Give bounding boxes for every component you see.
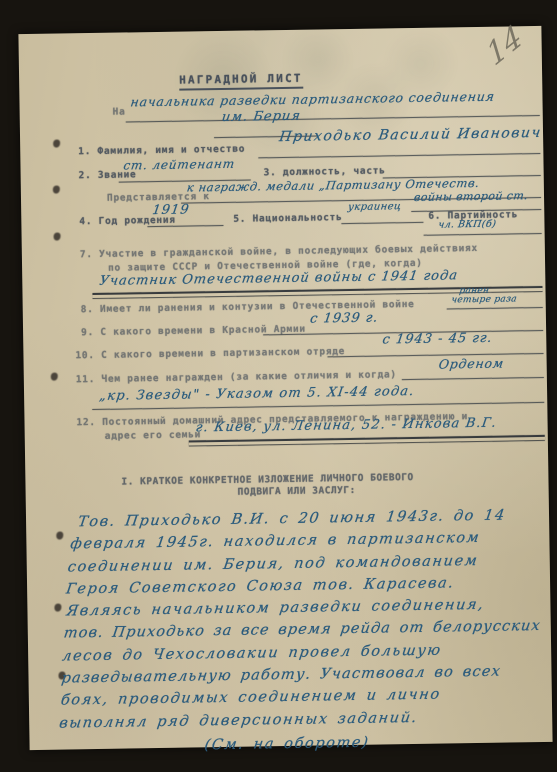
form-line: [341, 222, 423, 224]
page-number-pencil: 14: [482, 18, 528, 74]
punch-hole: [54, 233, 61, 241]
punch-hole: [53, 140, 60, 148]
presented-value-2: войны второй ст.: [413, 189, 529, 204]
punch-hole: [53, 186, 60, 194]
form-line: [447, 307, 543, 310]
field-2-value: ст. лейтенант: [123, 157, 236, 173]
header-prefix: На: [113, 106, 126, 117]
citation-text: Тов. Приходько В.И. с 20 июня 1943г. до …: [56, 504, 550, 759]
section-heading-1: I. КРАТКОЕ КОНКРЕТНОЕ ИЗЛОЖЕНИЕ ЛИЧНОГО …: [121, 472, 413, 488]
form-line: [402, 377, 544, 380]
field-9-value: с 1939 г.: [309, 311, 379, 327]
field-1-label: 1. Фамилия, имя и отчество: [78, 144, 245, 158]
form-line: [328, 353, 544, 357]
field-11-label: 11. Чем ранее награжден (за какие отличи…: [76, 369, 397, 385]
field-11-value-2: „кр. Звезды" - Указом от 5. XI-44 года.: [98, 384, 415, 404]
form-line: [92, 402, 544, 410]
form-line: [424, 233, 542, 236]
field-3-label: 3. должность, часть: [264, 165, 386, 178]
field-9-label: 9. С какого времени в Красной Армии: [81, 324, 306, 339]
form-title: НАГРАДНОЙ ЛИСТ: [179, 72, 303, 91]
form-line: [147, 225, 223, 227]
form-line: [126, 115, 540, 123]
field-5-label: 5. Национальность: [233, 212, 342, 225]
field-10-label: 10. С какого времени в партизанском отря…: [75, 346, 345, 361]
section-heading-2: ПОДВИГА ИЛИ ЗАСЛУГ:: [238, 485, 356, 498]
field-4-value: 1919: [151, 202, 190, 218]
field-6-value: чл. ВКП(б): [438, 219, 497, 231]
form-line: [258, 153, 540, 158]
position-handwritten-1: начальника разведки партизанского соедин…: [130, 89, 496, 110]
field-12-label-2: адрес его семьи: [105, 429, 201, 442]
position-handwritten-2: им. Берия: [221, 109, 302, 125]
document-photo: 14 НАГРАДНОЙ ЛИСТ На начальника разведки…: [0, 0, 557, 772]
field-10-value: с 1943 - 45 гг.: [381, 331, 493, 348]
punch-hole: [51, 373, 58, 381]
form-line: [189, 435, 545, 447]
field-11-value-1: Орденом: [438, 356, 505, 372]
field-5-value: украинец: [347, 201, 402, 213]
field-8-value-2: четыре раза: [451, 294, 518, 305]
field-1-value: Приходько Василий Иванович: [278, 125, 543, 145]
award-sheet-page: 14 НАГРАДНОЙ ЛИСТ На начальника разведки…: [18, 26, 552, 750]
